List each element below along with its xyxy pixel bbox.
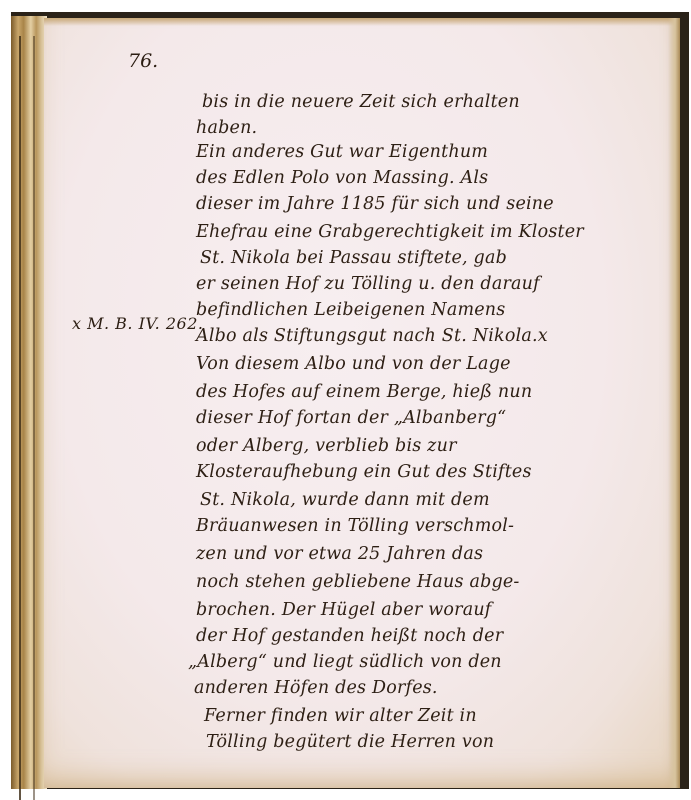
text-line: befindlichen Leibeigenen Namens <box>196 300 505 320</box>
text-line: der Hof gestanden heißt noch der <box>196 626 503 646</box>
text-line: Ehefrau eine Grabgerechtigkeit im Kloste… <box>196 222 584 242</box>
binding-crease <box>33 36 35 800</box>
text-line: dieser Hof fortan der „Albanberg“ <box>196 408 506 428</box>
text-line: „Alberg“ und liegt südlich von den <box>188 652 502 672</box>
text-line: oder Alberg, verblieb bis zur <box>196 436 457 456</box>
text-line: zen und vor etwa 25 Jahren das <box>196 544 483 564</box>
text-line: bis in die neuere Zeit sich erhalten <box>202 92 520 112</box>
page-edge-right <box>668 18 680 788</box>
text-line: noch stehen gebliebene Haus abge- <box>196 572 520 592</box>
margin-note-reference: x M. B. IV. 262. <box>72 314 203 333</box>
text-line: Bräuanwesen in Tölling verschmol- <box>196 516 514 536</box>
text-line: brochen. Der Hügel aber worauf <box>196 600 491 620</box>
text-line: Von diesem Albo und von der Lage <box>196 354 511 374</box>
binding-crease <box>19 36 21 800</box>
page-edge-top <box>44 18 680 26</box>
text-line: Tölling begütert die Herren von <box>206 732 494 752</box>
page-number: 76. <box>128 50 158 72</box>
text-line: dieser im Jahre 1185 für sich und seine <box>196 194 554 214</box>
text-line: des Edlen Polo von Massing. Als <box>196 168 488 188</box>
text-line: Ferner finden wir alter Zeit in <box>204 706 477 726</box>
text-line: St. Nikola, wurde dann mit dem <box>200 490 490 510</box>
text-line: Albo als Stiftungsgut nach St. Nikola.x <box>196 326 548 346</box>
book-binding <box>11 16 47 789</box>
text-line: St. Nikola bei Passau stiftete, gab <box>200 248 507 268</box>
manuscript-page <box>44 18 680 788</box>
text-line: er seinen Hof zu Tölling u. den darauf <box>196 274 540 294</box>
text-line: Klosteraufhebung ein Gut des Stiftes <box>196 462 532 482</box>
text-line: des Hofes auf einem Berge, hieß nun <box>196 382 532 402</box>
text-line: haben. <box>196 118 257 138</box>
text-line: Ein anderes Gut war Eigenthum <box>196 142 488 162</box>
text-line: anderen Höfen des Dorfes. <box>194 678 438 698</box>
scanned-book-page: 76. x M. B. IV. 262. bis in die neuere Z… <box>0 0 691 800</box>
